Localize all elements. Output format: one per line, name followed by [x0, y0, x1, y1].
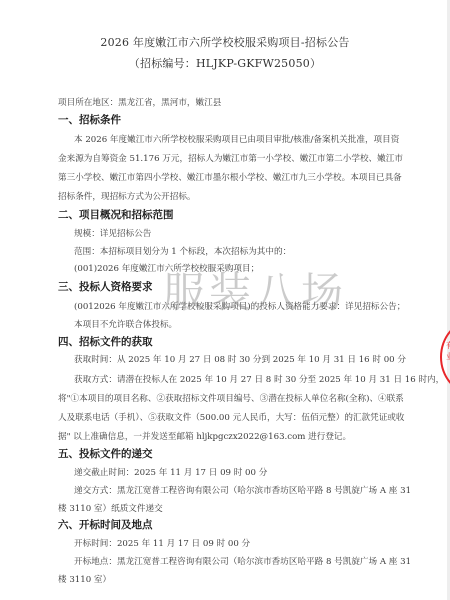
- section-2-line: 规模：详见招标公告: [74, 227, 151, 239]
- section-6-line: 开标地点：黑龙江宽普工程咨询有限公司（哈尔滨市香坊区哈平路 8 号凯旋广场 A …: [74, 555, 411, 567]
- section-4-line: 获取时间：从 2025 年 10 月 27 日 08 时 30 分到 2025 …: [74, 353, 406, 365]
- section-1-line: 第三小学校、嫩江市第四小学校、嫩江市墨尔根小学校、嫩江市九三小学校。本项目已具备: [58, 171, 402, 183]
- section-heading-1: 一、招标条件: [58, 112, 121, 127]
- watermark: 服装八场: [163, 260, 347, 320]
- section-4-line: 将"①本项目的项目名称、②获取招标文件项目编号、③潜在投标人单位名称(全称)、④…: [58, 392, 404, 404]
- seal-char: 有: [446, 340, 450, 351]
- section-6-line: 开标时间：2025 年 11 月 17 日 09 时 00 分: [74, 537, 250, 549]
- section-6-line: 楼 3110 室）: [58, 573, 111, 585]
- seal-char: 业: [446, 351, 450, 362]
- section-1-line: 金来源为自筹资金 51.176 万元，招标人为嫩江市第一小学校、嫩江市第二小学校…: [58, 152, 403, 164]
- project-region: 项目所在地区：黑龙江省，黑河市，嫩江县: [58, 96, 221, 108]
- section-4-line: 据" 以上准确信息，一并发送至邮箱 hljkpgczx2022@163.com …: [58, 430, 351, 442]
- document-title: 2026 年度嫩江市六所学校校服采购项目-招标公告: [0, 34, 450, 50]
- section-3-line: 本项目不允许联合体投标。: [74, 318, 177, 330]
- seal-text: 有 业: [446, 340, 450, 362]
- section-1-line: 招标条件，现招标方式为公开招标。: [58, 190, 196, 202]
- section-5-line: 递交方式：黑龙江宽普工程咨询有限公司（哈尔滨市香坊区哈平路 8 号凯旋广场 A …: [74, 484, 411, 496]
- section-5-line: 楼 3110 室）纸质文件递交: [58, 502, 163, 514]
- section-heading-3: 三、投标人资格要求: [58, 279, 153, 294]
- section-2-line: 范围：本招标项目划分为 1 个标段，本次招标为其中的：: [74, 245, 291, 257]
- bid-number: （招标编号：HLJKP-GKFW25050）: [0, 55, 450, 71]
- section-heading-5: 五、投标文件的递交: [58, 446, 153, 461]
- document-page: 2026 年度嫩江市六所学校校服采购项目-招标公告 （招标编号：HLJKP-GK…: [0, 0, 450, 600]
- section-heading-4: 四、招标文件的获取: [58, 334, 153, 349]
- section-4-line: 获取方式：请潜在投标人在 2025 年 10 月 27 日 8 时 30 分至 …: [74, 373, 444, 385]
- section-4-line: 人及联系电话（手机）、⑤获取文件（500.00 元人民币，大写：伍佰元整）的汇款…: [58, 411, 404, 423]
- section-1-line: 本 2026 年度嫩江市六所学校校服采购项目已由项目审批/核准/备案机关批准，项…: [74, 133, 399, 145]
- section-5-line: 递交截止时间：2025 年 11 月 17 日 09 时 00 分: [74, 466, 267, 478]
- section-heading-2: 二、项目概况和招标范围: [58, 207, 174, 222]
- section-heading-6: 六、开标时间及地点: [58, 517, 153, 532]
